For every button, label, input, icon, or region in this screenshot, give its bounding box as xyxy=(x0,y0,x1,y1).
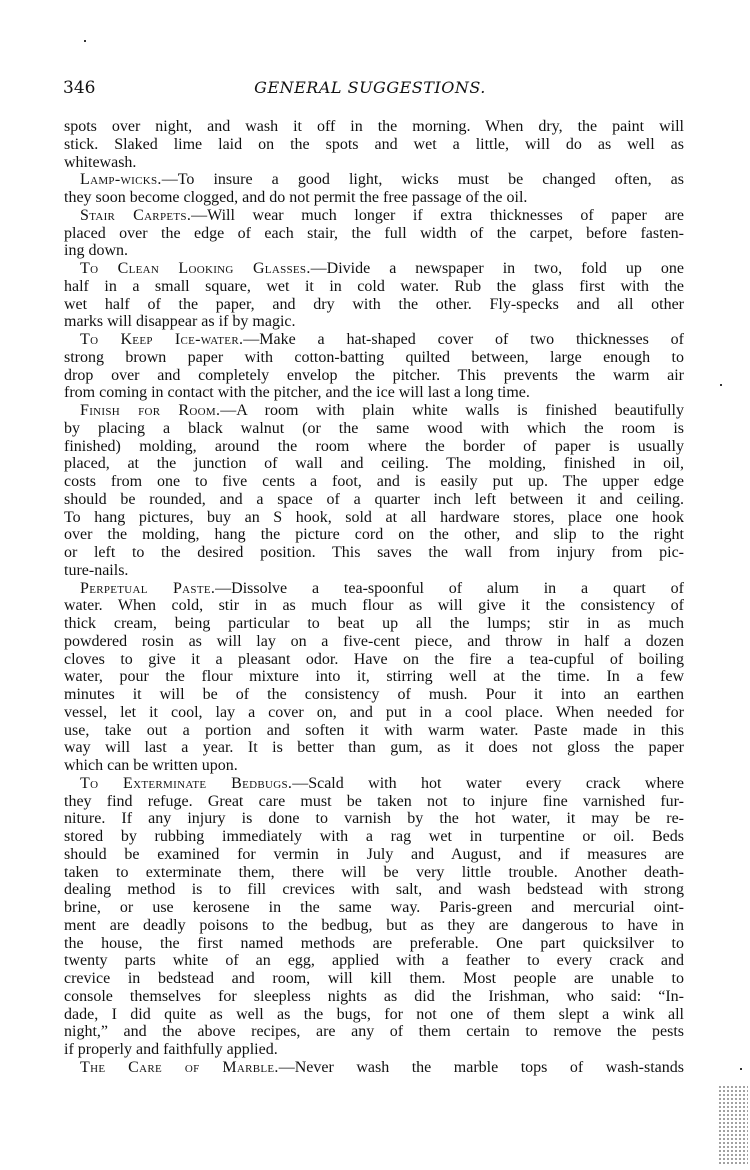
scan-speck xyxy=(740,1068,742,1070)
scan-speck xyxy=(84,40,86,42)
text-line: strong brown paper with cotton-batting q… xyxy=(64,349,684,367)
text-line: dealing method is to fill crevices with … xyxy=(64,881,684,899)
text-line: taken to exterminate them, there will be… xyxy=(64,864,684,882)
text-line: stick. Slaked lime laid on the spots and… xyxy=(64,136,684,154)
line-text: drop over and completely envelop the pit… xyxy=(64,367,684,384)
line-text: ture-nails. xyxy=(64,562,128,579)
text-line: night,” and the above recipes, are any o… xyxy=(64,1023,684,1041)
text-line: vessel, let it cool, lay a cover on, and… xyxy=(64,704,684,722)
text-line: niture. If any injury is done to varnish… xyxy=(64,810,684,828)
line-text: night,” and the above recipes, are any o… xyxy=(64,1023,684,1040)
section-first-line: The Care of Marble.—Never wash the marbl… xyxy=(64,1059,684,1077)
section-heading: Perpetual Paste. xyxy=(80,580,215,597)
text-line: way will last a year. It is better than … xyxy=(64,739,684,757)
page-header: 346 GENERAL SUGGESTIONS. xyxy=(0,78,750,102)
line-text: water. When cold, stir in as much flour … xyxy=(64,597,684,614)
line-text: placed over the edge of each stair, the … xyxy=(64,225,684,242)
section-heading: Finish for Room. xyxy=(80,402,220,419)
section-heading: To Keep Ice-water. xyxy=(80,331,243,348)
line-text: twenty parts white of an egg, applied wi… xyxy=(64,952,684,969)
section-heading: Stair Carpets. xyxy=(80,207,191,224)
line-text: ing down. xyxy=(64,242,128,259)
line-text: half in a small square, wet it in cold w… xyxy=(64,278,684,295)
text-line: marks will disappear as if by magic. xyxy=(64,313,684,331)
line-text: To hang pictures, buy an S hook, sold at… xyxy=(64,509,684,526)
text-line: which can be written upon. xyxy=(64,757,684,775)
section-first-line: Lamp-wicks.—To insure a good light, wick… xyxy=(64,171,684,189)
text-line: brine, or use kerosene in the same way. … xyxy=(64,899,684,917)
text-line: dade, I did quite as well as the bugs, f… xyxy=(64,1006,684,1024)
text-line: costs from one to five cents a foot, and… xyxy=(64,473,684,491)
text-line: half in a small square, wet it in cold w… xyxy=(64,278,684,296)
scan-speck xyxy=(720,384,722,386)
scan-smudge xyxy=(718,1085,748,1165)
line-text: taken to exterminate them, there will be… xyxy=(64,864,684,881)
line-text: costs from one to five cents a foot, and… xyxy=(64,473,684,490)
line-text: placed, at the junction of wall and ceil… xyxy=(64,455,684,472)
text-line: drop over and completely envelop the pit… xyxy=(64,367,684,385)
line-text: crevice in bedstead and room, will kill … xyxy=(64,970,684,987)
text-line: ment are deadly poisons to the bedbug, b… xyxy=(64,917,684,935)
line-text: powdered rosin as will lay on a five-cen… xyxy=(64,633,684,650)
text-line: use, take out a portion and soften it wi… xyxy=(64,722,684,740)
line-text: marks will disappear as if by magic. xyxy=(64,313,296,330)
text-line: placed, at the junction of wall and ceil… xyxy=(64,455,684,473)
section-heading: Lamp-wicks. xyxy=(80,171,162,188)
line-text: dealing method is to fill crevices with … xyxy=(64,881,684,898)
text-line: from coming in contact with the pitcher,… xyxy=(64,384,684,402)
text-line: ing down. xyxy=(64,242,684,260)
text-line: they find refuge. Great care must be tak… xyxy=(64,793,684,811)
text-line: whitewash. xyxy=(64,154,684,172)
book-page: 346 GENERAL SUGGESTIONS. spots over nigh… xyxy=(0,0,750,1170)
section-heading: To Clean Looking Glasses. xyxy=(80,260,311,277)
line-text: cloves to give it a pleasant odor. Have … xyxy=(64,651,684,668)
line-text: way will last a year. It is better than … xyxy=(64,739,684,756)
line-text: dade, I did quite as well as the bugs, f… xyxy=(64,1006,684,1023)
line-text: should be examined for vermin in July an… xyxy=(64,846,684,863)
line-text: they soon become clogged, and do not per… xyxy=(64,189,527,206)
text-line: they soon become clogged, and do not per… xyxy=(64,189,684,207)
text-line: water. When cold, stir in as much flour … xyxy=(64,597,684,615)
section-first-line: To Clean Looking Glasses.—Divide a newsp… xyxy=(64,260,684,278)
text-line: To hang pictures, buy an S hook, sold at… xyxy=(64,509,684,527)
section-heading: To Exterminate Bedbugs. xyxy=(80,775,292,792)
section-heading: The Care of Marble. xyxy=(80,1059,279,1076)
text-line: spots over night, and wash it off in the… xyxy=(64,118,684,136)
text-line: over the molding, hang the picture cord … xyxy=(64,526,684,544)
line-text: or left to the desired position. This sa… xyxy=(64,544,684,561)
line-text: over the molding, hang the picture cord … xyxy=(64,526,684,543)
text-line: thick cream, being particular to beat up… xyxy=(64,615,684,633)
line-text: stick. Slaked lime laid on the spots and… xyxy=(64,136,684,153)
line-text: vessel, let it cool, lay a cover on, and… xyxy=(64,704,684,721)
text-line: or left to the desired position. This sa… xyxy=(64,544,684,562)
line-text: strong brown paper with cotton-batting q… xyxy=(64,349,684,366)
line-text: use, take out a portion and soften it wi… xyxy=(64,722,684,739)
text-line: water, pour the flour mixture into it, s… xyxy=(64,668,684,686)
line-text: which can be written upon. xyxy=(64,757,238,774)
line-text: finished) molding, around the room where… xyxy=(64,438,684,455)
line-text: —Scald with hot water every crack where xyxy=(292,775,684,792)
section-first-line: To Keep Ice-water.—Make a hat-shaped cov… xyxy=(64,331,684,349)
line-text: minutes it will be of the consistency of… xyxy=(64,686,684,703)
text-line: stored by rubbing immediately with a rag… xyxy=(64,828,684,846)
line-text: water, pour the flour mixture into it, s… xyxy=(64,668,684,685)
line-text: —Never wash the marble tops of wash-stan… xyxy=(279,1059,684,1076)
line-text: they find refuge. Great care must be tak… xyxy=(64,793,684,810)
line-text: spots over night, and wash it off in the… xyxy=(64,118,684,135)
text-line: powdered rosin as will lay on a five-cen… xyxy=(64,633,684,651)
line-text: if properly and faithfully applied. xyxy=(64,1041,278,1058)
line-text: thick cream, being particular to beat up… xyxy=(64,615,684,632)
line-text: ment are deadly poisons to the bedbug, b… xyxy=(64,917,684,934)
text-line: twenty parts white of an egg, applied wi… xyxy=(64,952,684,970)
text-line: ture-nails. xyxy=(64,562,684,580)
text-line: finished) molding, around the room where… xyxy=(64,438,684,456)
section-first-line: Finish for Room.—A room with plain white… xyxy=(64,402,684,420)
line-text: —A room with plain white walls is finish… xyxy=(220,402,684,419)
line-text: brine, or use kerosene in the same way. … xyxy=(64,899,684,916)
line-text: —Make a hat-shaped cover of two thicknes… xyxy=(243,331,684,348)
line-text: should be rounded, and a space of a quar… xyxy=(64,491,684,508)
text-line: should be rounded, and a space of a quar… xyxy=(64,491,684,509)
line-text: wet half of the paper, and dry with the … xyxy=(64,296,684,313)
text-line: cloves to give it a pleasant odor. Have … xyxy=(64,651,684,669)
text-line: by placing a black walnut (or the same w… xyxy=(64,420,684,438)
line-text: —To insure a good light, wicks must be c… xyxy=(162,171,684,188)
text-line: minutes it will be of the consistency of… xyxy=(64,686,684,704)
text-line: if properly and faithfully applied. xyxy=(64,1041,684,1059)
section-first-line: To Exterminate Bedbugs.—Scald with hot w… xyxy=(64,775,684,793)
line-text: console themselves for sleepless nights … xyxy=(64,988,684,1005)
line-text: by placing a black walnut (or the same w… xyxy=(64,420,684,437)
text-line: should be examined for vermin in July an… xyxy=(64,846,684,864)
line-text: niture. If any injury is done to varnish… xyxy=(64,810,684,827)
line-text: stored by rubbing immediately with a rag… xyxy=(64,828,684,845)
text-line: crevice in bedstead and room, will kill … xyxy=(64,970,684,988)
section-first-line: Stair Carpets.—Will wear much longer if … xyxy=(64,207,684,225)
line-text: —Divide a newspaper in two, fold up one xyxy=(311,260,684,277)
line-text: whitewash. xyxy=(64,154,136,171)
line-text: from coming in contact with the pitcher,… xyxy=(64,384,530,401)
line-text: the house, the first named methods are p… xyxy=(64,935,684,952)
running-title: GENERAL SUGGESTIONS. xyxy=(0,78,740,97)
line-text: —Dissolve a tea-spoonful of alum in a qu… xyxy=(215,580,684,597)
body-text: spots over night, and wash it off in the… xyxy=(64,118,684,1077)
text-line: the house, the first named methods are p… xyxy=(64,935,684,953)
line-text: —Will wear much longer if extra thicknes… xyxy=(191,207,684,224)
text-line: wet half of the paper, and dry with the … xyxy=(64,296,684,314)
text-line: placed over the edge of each stair, the … xyxy=(64,225,684,243)
text-line: console themselves for sleepless nights … xyxy=(64,988,684,1006)
section-first-line: Perpetual Paste.—Dissolve a tea-spoonful… xyxy=(64,580,684,598)
